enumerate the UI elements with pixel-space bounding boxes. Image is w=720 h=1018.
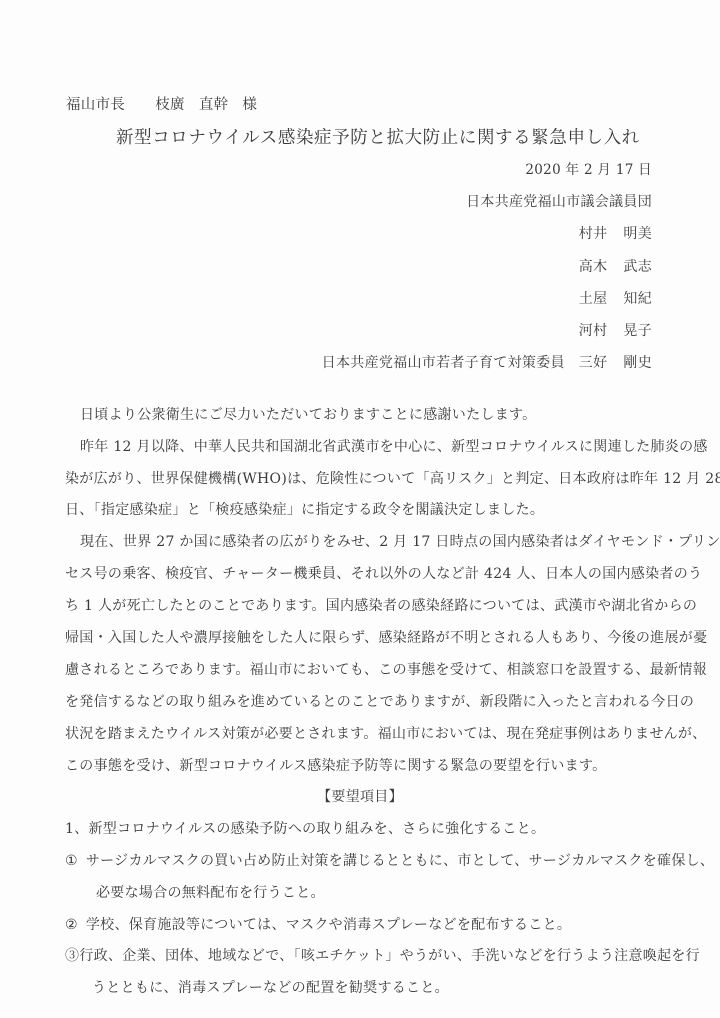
signatory-organization: 日本共産党福山市議会議員団 xyxy=(466,194,652,210)
request-sub-item: ③行政、企業、団体、地域などで、「咳エチケット」やうがい、手洗いなどを行うよう注… xyxy=(65,948,700,964)
member-given-name: 知紀 xyxy=(623,291,652,307)
body-line: ち 1 人が死亡したとのことであります。国内感染者の感染経路については、武漢市や… xyxy=(65,598,697,614)
member-surname: 村井 xyxy=(579,226,608,242)
request-main-item: 1、新型コロナウイルスの感染予防への取り組みを、さらに強化すること。 xyxy=(65,821,545,837)
member-given-name: 晃子 xyxy=(623,323,652,339)
signatory-committee: 日本共産党福山市若者子育て対策委員三好剛史 xyxy=(322,355,652,371)
item-text: サージカルマスクの買い占め防止対策を講じるとともに、市として、サージカルマスクを… xyxy=(86,853,714,869)
body-line: この事態を受け、新型コロナウイルス感染症予防等に関する緊急の要望を行います。 xyxy=(65,758,606,774)
committee-role: 日本共産党福山市若者子育て対策委員 xyxy=(322,355,565,371)
member-surname: 高木 xyxy=(579,259,608,275)
body-line: 現在、世界 27 か国に感染者の広がりをみせ、2 月 17 日時点の国内感染者は… xyxy=(80,534,720,550)
body-line: 慮されるところであります。福山市においても、この事態を受けて、相談窓口を設置する… xyxy=(65,662,707,678)
body-line: 日頃より公衆衛生にご尽力いただいておりますことに感謝いたします。 xyxy=(80,407,536,423)
signatory-member: 高木武志 xyxy=(579,259,652,275)
body-line: 帰国・入国した人や濃厚接触をした人に限らず、感染経路が不明とされる人もあり、今後… xyxy=(65,630,707,646)
signatory-member: 河村晃子 xyxy=(579,323,652,339)
item-marker: ③ xyxy=(65,948,79,964)
document-date: 2020 年 2 月 17 日 xyxy=(525,162,652,178)
body-line: 染が広がり、世界保健機構(WHO)は、危険性について「高リスク」と判定、日本政府… xyxy=(65,471,720,487)
addressee: 福山市長枝廣直幹様 xyxy=(66,97,257,113)
addressee-position: 福山市長 xyxy=(66,97,125,113)
committee-surname: 三好 xyxy=(579,355,608,371)
member-given-name: 武志 xyxy=(623,259,652,275)
signatory-member: 土屋知紀 xyxy=(579,291,652,307)
request-sub-item: ②学校、保育施設等については、マスクや消毒スプレーなどを配布すること。 xyxy=(65,917,571,933)
document-page: 福山市長枝廣直幹様 新型コロナウイルス感染症予防と拡大防止に関する緊急申し入れ … xyxy=(0,0,720,1018)
addressee-honorific: 様 xyxy=(242,97,257,113)
member-surname: 河村 xyxy=(579,323,608,339)
member-surname: 土屋 xyxy=(579,291,608,307)
body-line: 昨年 12 月以降、中華人民共和国湖北省武漢市を中心に、新型コロナウイルスに関連… xyxy=(80,439,708,455)
request-sub-item-continuation: うとともに、消毒スプレーなどの配置を勧奨すること。 xyxy=(92,980,449,996)
body-line: 日、「指定感染症」と「検疫感染症」に指定する政令を閣議決定しました。 xyxy=(65,502,544,518)
document-title: 新型コロナウイルス感染症予防と拡大防止に関する緊急申し入れ xyxy=(116,128,640,148)
committee-given-name: 剛史 xyxy=(623,355,652,371)
body-line: セス号の乗客、検疫官、チャーター機乗員、それ以外の人など計 424 人、日本人の… xyxy=(65,566,702,582)
member-given-name: 明美 xyxy=(623,226,652,242)
addressee-surname: 枝廣 xyxy=(155,97,185,113)
item-text: 行政、企業、団体、地域などで、「咳エチケット」やうがい、手洗いなどを行うよう注意… xyxy=(79,948,700,964)
requests-heading: 【要望項目】 xyxy=(0,789,720,805)
request-sub-item: ①サージカルマスクの買い占め防止対策を講じるとともに、市として、サージカルマスク… xyxy=(65,853,714,869)
request-sub-item-continuation: 必要な場合の無料配布を行うこと。 xyxy=(96,885,325,901)
item-marker: ② xyxy=(65,917,78,933)
signatory-member: 村井明美 xyxy=(579,226,652,242)
body-line: 状況を踏まえたウイルス対策が必要とされます。福山市においては、現在発症事例はあり… xyxy=(65,726,707,742)
addressee-given-name: 直幹 xyxy=(199,97,229,113)
body-line: を発信するなどの取り組みを進めているとのことでありますが、新段階に入ったと言われ… xyxy=(65,694,694,710)
item-text: 学校、保育施設等については、マスクや消毒スプレーなどを配布すること。 xyxy=(86,917,571,933)
item-marker: ① xyxy=(65,853,78,869)
